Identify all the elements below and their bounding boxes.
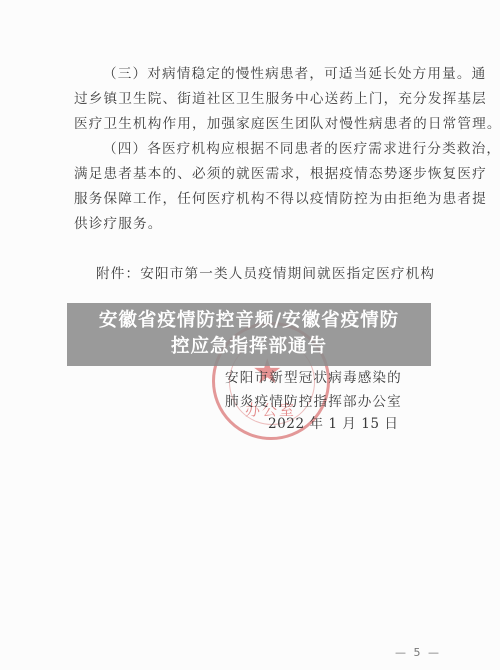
signature-org-line-1: 安阳市新型冠状病毒感染的 (225, 366, 402, 386)
banner-title-line-1: 安徽省疫情防控音频/安徽省疫情防 (67, 308, 431, 334)
paragraph-3-line-3: 医疗卫生机构作用，加强家庭医生团队对慢性病患者的日常管理。 (74, 112, 500, 132)
page-number: — 5 — (395, 646, 441, 659)
paragraph-3-line-1: （三）对病情稳定的慢性病患者，可适当延长处方用量。通 (103, 62, 486, 82)
signature-date: 2022 年 1 月 15 日 (268, 412, 398, 432)
paragraph-4-line-3: 服务保障工作，任何医疗机构不得以疫情防控为由拒绝为患者提 (74, 187, 487, 207)
signature-org-line-2: 肺炎疫情防控指挥部办公室 (225, 390, 402, 410)
paragraph-4-line-1: （四）各医疗机构应根据不同患者的医疗需求进行分类救治， (103, 137, 500, 157)
paragraph-3-line-2: 过乡镇卫生院、街道社区卫生服务中心送药上门，充分发挥基层 (74, 87, 487, 107)
banner-title: 安徽省疫情防控音频/安徽省疫情防 控应急指挥部通告 (67, 308, 431, 360)
paragraph-4-line-2: 满足患者基本的、必须的就医需求，根据疫情态势逐步恢复医疗 (74, 162, 487, 182)
banner-title-line-2: 控应急指挥部通告 (67, 334, 431, 360)
title-overlay-banner[interactable]: 安徽省疫情防控音频/安徽省疫情防 控应急指挥部通告 (67, 303, 431, 366)
attachment-line: 附件：安阳市第一类人员疫情期间就医指定医疗机构 (96, 262, 435, 282)
paragraph-4-line-4: 供诊疗服务。 (74, 212, 162, 232)
